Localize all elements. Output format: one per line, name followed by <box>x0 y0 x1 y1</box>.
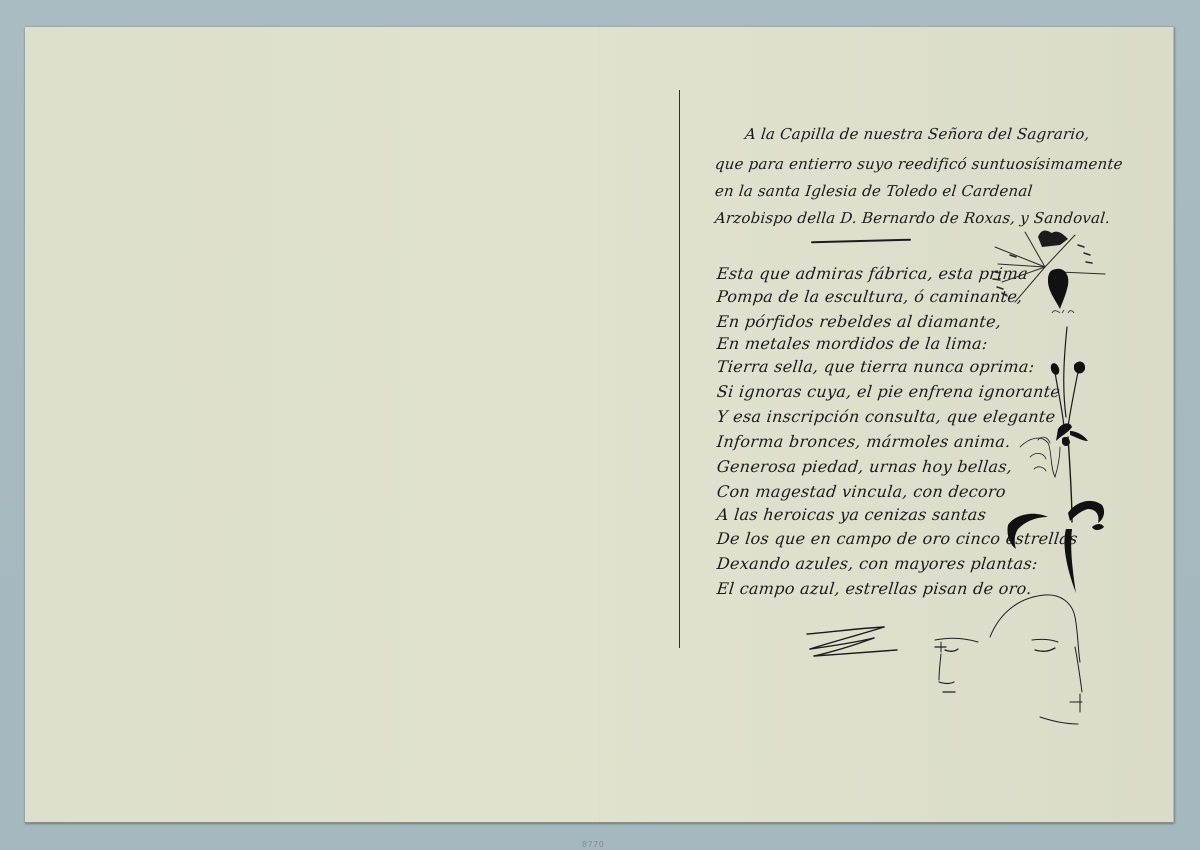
poem-title-line: en la santa Iglesia de Toledo el Cardena… <box>714 182 1033 200</box>
verse-line: Con magestad vincula, con decoro <box>716 482 1007 501</box>
margin-line <box>679 90 680 648</box>
poem-title-line: que para entierro suyo reedificó suntuos… <box>714 155 1124 173</box>
title-separator-rule <box>811 239 911 244</box>
verse-line: Informa bronces, mármoles anima. <box>716 432 1012 451</box>
paper-fold <box>599 27 601 822</box>
face-drawing-icon <box>920 592 1095 732</box>
plant-stem-icon <box>1000 317 1110 597</box>
verse-line: Pompa de la escultura, ó caminante, <box>716 287 1024 306</box>
verse-line: A las heroicas ya cenizas santas <box>716 505 987 524</box>
inventory-number: 8770 <box>582 840 604 849</box>
verse-line: En metales mordidos de la lima: <box>716 334 989 353</box>
poem-title-line: A la Capilla de nuestra Señora del Sagra… <box>744 125 1090 143</box>
verse-line: Dexando azules, con mayores plantas: <box>716 554 1039 573</box>
verse-line: Esta que admiras fábrica, esta prima <box>716 264 1029 283</box>
verse-line: Generosa piedad, urnas hoy bellas, <box>716 457 1013 476</box>
verse-line: Tierra sella, que tierra nunca oprima: <box>716 357 1035 376</box>
radiant-flower-icon <box>990 217 1110 317</box>
verse-line: En pórfidos rebeldes al diamante, <box>716 312 1002 331</box>
signature-flourish-icon <box>802 622 902 662</box>
paper-sheet: A la Capilla de nuestra Señora del Sagra… <box>25 27 1174 823</box>
